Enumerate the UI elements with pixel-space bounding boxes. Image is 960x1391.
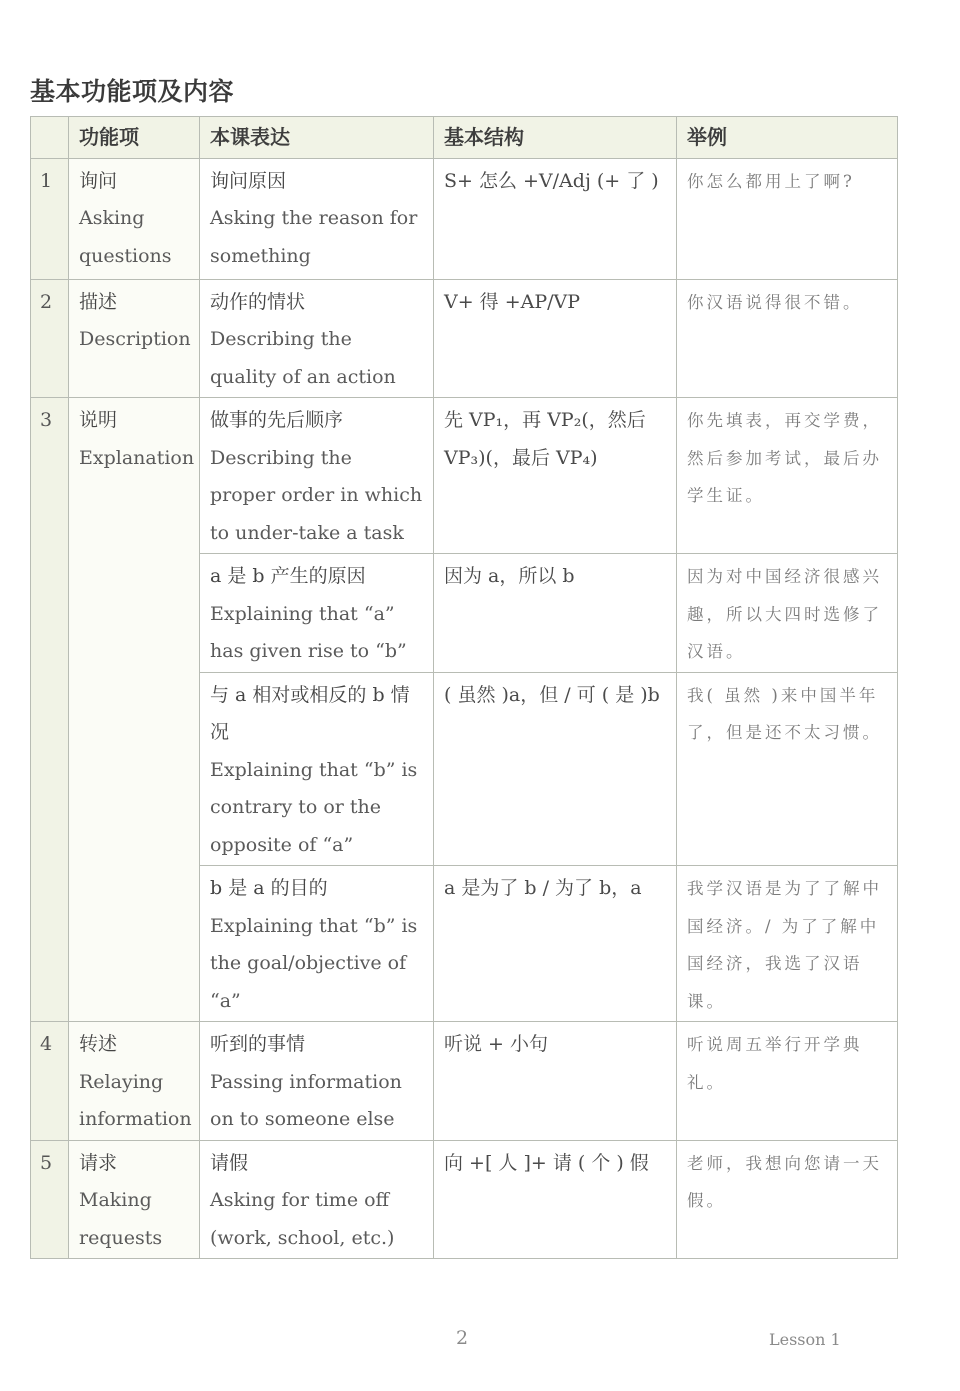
- function-cell: 说明 Explanation: [69, 398, 200, 1022]
- expression-en: Asking the reason for something: [210, 200, 423, 275]
- function-en: Asking questions: [79, 200, 189, 275]
- structure-cell: V+ 得 +AP/VP: [434, 279, 677, 398]
- expression-cell: 请假 Asking for time off (work, school, et…: [200, 1140, 434, 1259]
- header-number: [31, 117, 69, 159]
- row-number: 4: [31, 1022, 69, 1141]
- function-cn: 转述: [79, 1026, 189, 1064]
- row-number: 2: [31, 279, 69, 398]
- expression-en: Describing the quality of an action: [210, 321, 423, 396]
- expression-cell: 做事的先后顺序 Describing the proper order in w…: [200, 398, 434, 554]
- example-cell: 听说周五举行开学典礼。: [677, 1022, 898, 1141]
- function-en: Making requests: [79, 1182, 189, 1257]
- function-cn: 说明: [79, 402, 189, 440]
- expression-cn: a 是 b 产生的原因: [210, 558, 423, 596]
- expression-en: Explaining that “b” is the goal/objectiv…: [210, 908, 423, 1021]
- expression-en: Describing the proper order in which to …: [210, 440, 423, 553]
- expression-cell: b 是 a 的目的 Explaining that “b” is the goa…: [200, 866, 434, 1022]
- expression-cn: 与 a 相对或相反的 b 情况: [210, 677, 423, 752]
- structure-cell: ( 虽然 )a，但 / 可 ( 是 )b: [434, 672, 677, 866]
- table-header-row: 功能项 本课表达 基本结构 举例: [31, 117, 898, 159]
- structure-cell: 先 VP₁，再 VP₂(，然后 VP₃)(，最后 VP₄): [434, 398, 677, 554]
- function-table: 功能项 本课表达 基本结构 举例 1 询问 Asking questions 询…: [30, 116, 898, 1259]
- expression-cn: 请假: [210, 1145, 423, 1183]
- expression-cn: 动作的情状: [210, 284, 423, 322]
- structure-cell: S+ 怎么 +V/Adj (+ 了 ): [434, 158, 677, 279]
- example-cell: 因为对中国经济很感兴趣，所以大四时选修了汉语。: [677, 554, 898, 673]
- expression-en: Explaining that “b” is contrary to or th…: [210, 752, 423, 865]
- page-title: 基本功能项及内容: [30, 72, 234, 108]
- lesson-label: Lesson 1: [769, 1330, 841, 1349]
- structure-cell: a 是为了 b / 为了 b，a: [434, 866, 677, 1022]
- expression-cell: 与 a 相对或相反的 b 情况 Explaining that “b” is c…: [200, 672, 434, 866]
- expression-cn: b 是 a 的目的: [210, 870, 423, 908]
- row-number: 5: [31, 1140, 69, 1259]
- expression-en: Asking for time off (work, school, etc.): [210, 1182, 423, 1257]
- structure-cell: 因为 a，所以 b: [434, 554, 677, 673]
- expression-cell: a 是 b 产生的原因 Explaining that “a” has give…: [200, 554, 434, 673]
- function-cell: 请求 Making requests: [69, 1140, 200, 1259]
- expression-cell: 询问原因 Asking the reason for something: [200, 158, 434, 279]
- table-row: 4 转述 Relaying information 听到的事情 Passing …: [31, 1022, 898, 1141]
- table-row: 5 请求 Making requests 请假 Asking for time …: [31, 1140, 898, 1259]
- table-row: 1 询问 Asking questions 询问原因 Asking the re…: [31, 158, 898, 279]
- expression-cn: 听到的事情: [210, 1026, 423, 1064]
- structure-cell: 向 +[ 人 ]+ 请 ( 个 ) 假: [434, 1140, 677, 1259]
- expression-en: Explaining that “a” has given rise to “b…: [210, 596, 423, 671]
- function-en: Description: [79, 321, 189, 359]
- header-structure: 基本结构: [434, 117, 677, 159]
- expression-cell: 动作的情状 Describing the quality of an actio…: [200, 279, 434, 398]
- example-cell: 我学汉语是为了了解中国经济。/ 为了了解中国经济，我选了汉语课。: [677, 866, 898, 1022]
- function-cell: 描述 Description: [69, 279, 200, 398]
- function-cell: 转述 Relaying information: [69, 1022, 200, 1141]
- header-expression: 本课表达: [200, 117, 434, 159]
- function-en: Relaying information: [79, 1064, 189, 1139]
- expression-cn: 做事的先后顺序: [210, 402, 423, 440]
- row-number: 1: [31, 158, 69, 279]
- function-en: Explanation: [79, 440, 189, 478]
- table-row: 3 说明 Explanation 做事的先后顺序 Describing the …: [31, 398, 898, 554]
- example-cell: 你汉语说得很不错。: [677, 279, 898, 398]
- header-function: 功能项: [69, 117, 200, 159]
- function-cn: 描述: [79, 284, 189, 322]
- expression-en: Passing information on to someone else: [210, 1064, 423, 1139]
- example-cell: 我( 虽然 )来中国半年了，但是还不太习惯。: [677, 672, 898, 866]
- example-cell: 你怎么都用上了啊?: [677, 158, 898, 279]
- function-cell: 询问 Asking questions: [69, 158, 200, 279]
- function-cn: 请求: [79, 1145, 189, 1183]
- header-example: 举例: [677, 117, 898, 159]
- function-cn: 询问: [79, 163, 189, 201]
- table-row: 2 描述 Description 动作的情状 Describing the qu…: [31, 279, 898, 398]
- structure-cell: 听说 + 小句: [434, 1022, 677, 1141]
- expression-cn: 询问原因: [210, 163, 423, 201]
- page-number: 2: [456, 1327, 468, 1349]
- row-number: 3: [31, 398, 69, 1022]
- example-cell: 你先填表，再交学费，然后参加考试，最后办学生证。: [677, 398, 898, 554]
- example-cell: 老师，我想向您请一天假。: [677, 1140, 898, 1259]
- expression-cell: 听到的事情 Passing information on to someone …: [200, 1022, 434, 1141]
